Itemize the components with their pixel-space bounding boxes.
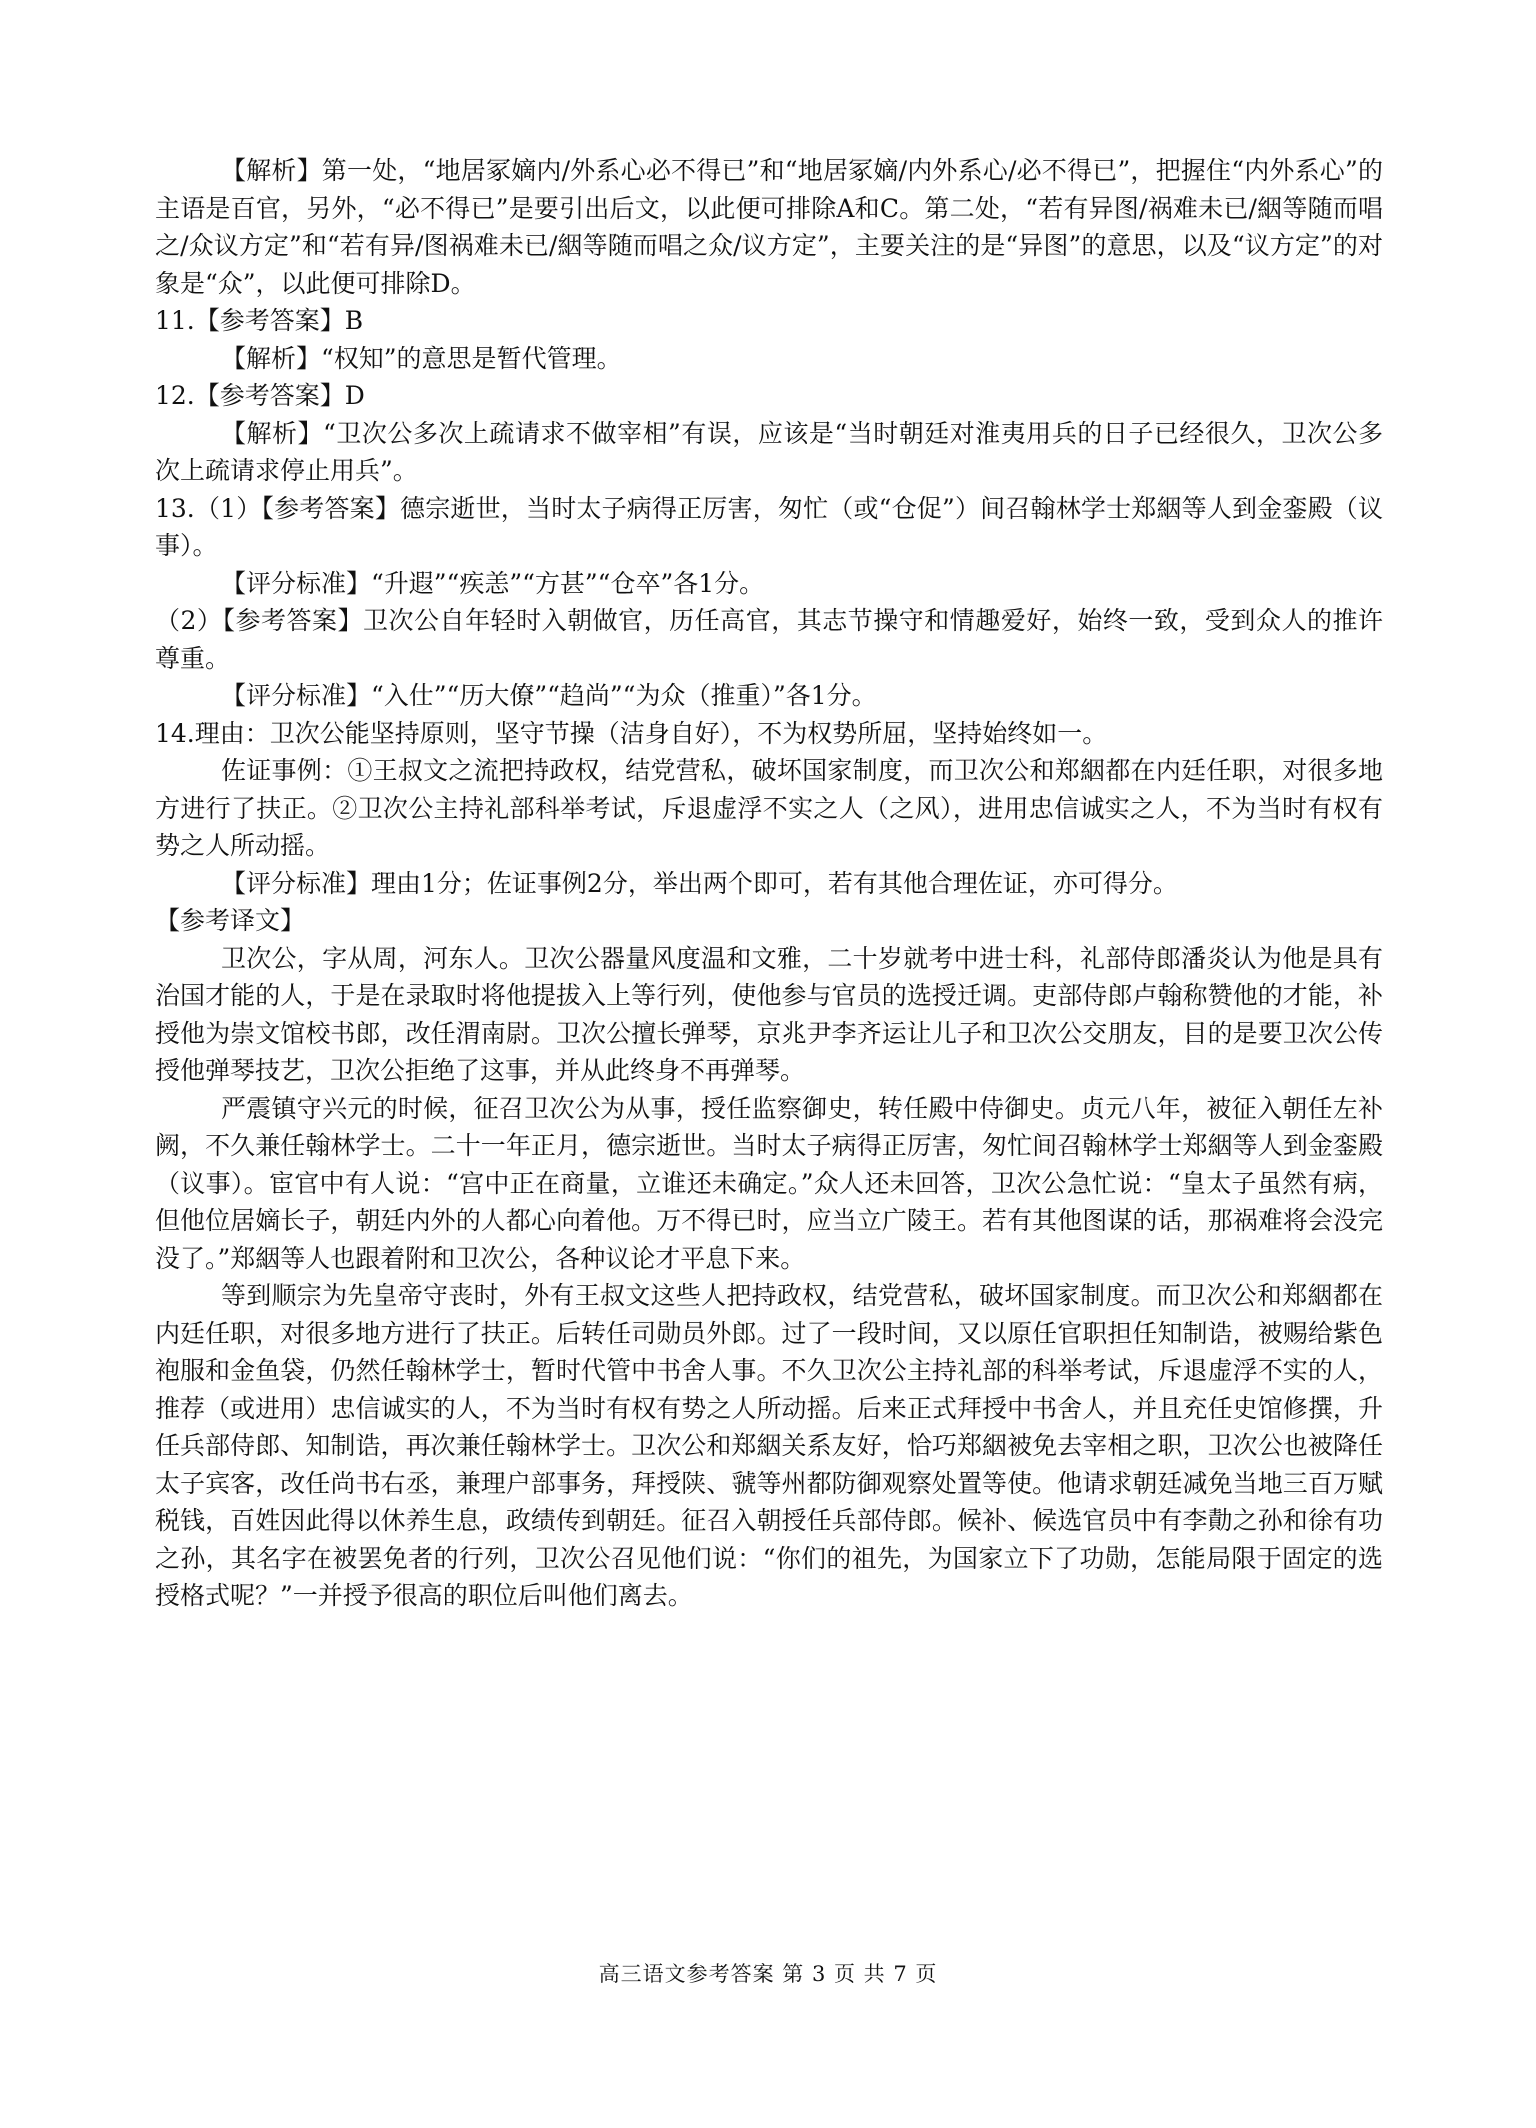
translation-paragraph-1: 卫次公，字从周，河东人。卫次公器量风度温和文雅，二十岁就考中进士科，礼部侍郎潘炎… (155, 940, 1383, 1090)
translation-paragraph-3: 等到顺宗为先皇帝守丧时，外有王叔文这些人把持政权，结党营私，破坏国家制度。而卫次… (155, 1277, 1383, 1615)
analysis-q10: 【解析】第一处，“地居冢嫡内/外系心必不得已”和“地居冢嫡/内外系心/必不得已”… (155, 152, 1383, 302)
answer-q12: 12.【参考答案】D (155, 377, 1383, 415)
analysis-q12: 【解析】“卫次公多次上疏请求不做宰相”有误，应该是“当时朝廷对淮夷用兵的日子已经… (155, 415, 1383, 490)
answer-q13-1: 13.（1）【参考答案】德宗逝世，当时太子病得正厉害，匆忙（或“仓促”）间召翰林… (155, 490, 1383, 565)
answer-q14-reason: 14.理由：卫次公能坚持原则，坚守节操（洁身自好），不为权势所屈，坚持始终如一。 (155, 715, 1383, 753)
scoring-q14: 【评分标准】理由1分；佐证事例2分，举出两个即可，若有其他合理佐证，亦可得分。 (155, 865, 1383, 903)
answer-document: 【解析】第一处，“地居冢嫡内/外系心必不得已”和“地居冢嫡/内外系心/必不得已”… (155, 152, 1383, 1615)
scoring-q13-2: 【评分标准】“入仕”“历大僚”“趋尚”“为众（推重）”各1分。 (155, 677, 1383, 715)
answer-q11: 11.【参考答案】B (155, 302, 1383, 340)
answer-q14-evidence: 佐证事例：①王叔文之流把持政权，结党营私，破坏国家制度，而卫次公和郑絪都在内廷任… (155, 752, 1383, 865)
answer-q13-2: （2）【参考答案】卫次公自年轻时入朝做官，历任高官，其志节操守和情趣爱好，始终一… (155, 602, 1383, 677)
analysis-q11: 【解析】“权知”的意思是暂代管理。 (155, 340, 1383, 378)
page-footer: 高三语文参考答案 第 3 页 共 7 页 (0, 1958, 1536, 1988)
translation-heading: 【参考译文】 (155, 902, 1383, 940)
translation-paragraph-2: 严震镇守兴元的时候，征召卫次公为从事，授任监察御史，转任殿中侍御史。贞元八年，被… (155, 1090, 1383, 1278)
scoring-q13-1: 【评分标准】“升遐”“疾恙”“方甚”“仓卒”各1分。 (155, 565, 1383, 603)
